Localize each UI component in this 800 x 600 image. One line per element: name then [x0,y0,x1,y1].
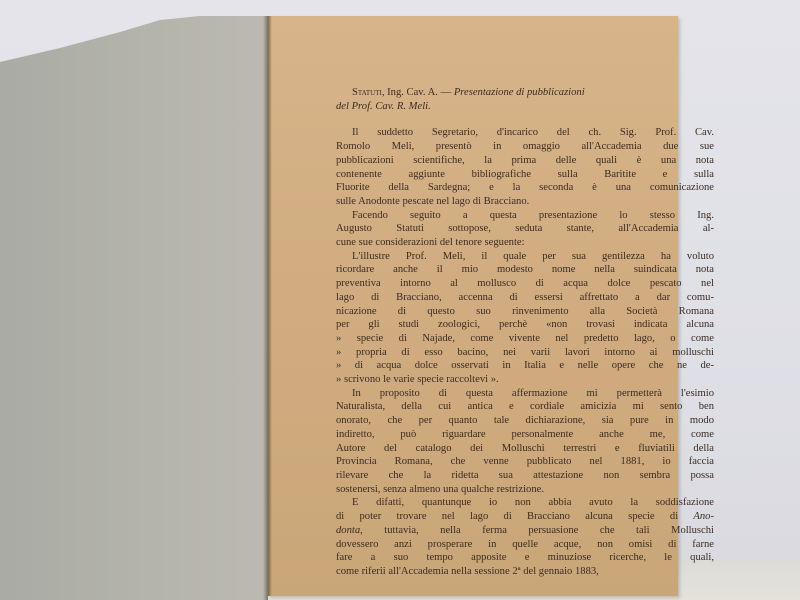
text-segment: di poter trovare nel lago di Bracciano a… [336,511,693,522]
text-line: L'illustre Prof. Meli, il quale per sua … [336,250,714,264]
text-line: Romolo Meli, presentò in omaggio all'Acc… [336,140,714,154]
text-line: In proposito di questa affermazione mi p… [336,387,714,401]
text-line: ricordare anche il mio modesto nome nell… [336,263,714,277]
italic-genus-name: Ano- [693,511,714,522]
text-line: cune sue considerazioni del tenore segue… [336,236,714,250]
right-printed-page: Statuti, Ing. Cav. A. — Presentazione di… [268,16,678,596]
text-line: Fluorite della Sardegna; e la seconda è … [336,181,714,195]
paragraph-1: Il suddetto Segretario, d'incarico del c… [336,126,714,208]
page-text: Statuti, Ing. Cav. A. — Presentazione di… [336,86,714,579]
text-line: Il suddetto Segretario, d'incarico del c… [336,126,714,140]
heading-author: Statuti [352,87,382,98]
paragraph-3: L'illustre Prof. Meli, il quale per sua … [336,250,714,387]
text-line: onorato, che per quanto tale dichiarazio… [336,414,714,428]
text-line: fare a suo tempo apposite e minuziose ri… [336,551,714,565]
text-line: donta, tuttavia, nella ferma persuasione… [336,524,714,538]
heading-title-line1: Presentazione di pubblicazioni [454,87,585,98]
text-line: Facendo seguito a questa presentazione l… [336,209,714,223]
text-line: Provincia Romana, che venne pubblicato n… [336,455,714,469]
text-line: preventiva intorno al mollusco di acqua … [336,277,714,291]
text-line: pubblicazioni scientifiche, la prima del… [336,154,714,168]
text-line: come riferii all'Accademia nella session… [336,565,714,579]
text-line: » di acqua dolce osservati in Italia e n… [336,359,714,373]
italic-genus-name: donta [336,525,360,536]
text-segment: , tuttavia, nella ferma persuasione che … [360,525,714,536]
text-line: di poter trovare nel lago di Bracciano a… [336,510,714,524]
paragraph-4: In proposito di questa affermazione mi p… [336,387,714,497]
text-line: indiretto, può riguardare personalmente … [336,428,714,442]
paragraph-2: Facendo seguito a questa presentazione l… [336,209,714,250]
text-line: » scrivono le varie specie raccoltevi ». [336,373,714,387]
text-line: » specie di Najade, come vivente nel pre… [336,332,714,346]
heading-title-line2: del Prof. Cav. R. Meli. [336,101,431,112]
text-line: Naturalista, della cui antica e cordiale… [336,400,714,414]
section-heading: Statuti, Ing. Cav. A. — Presentazione di… [336,86,714,113]
text-line: Autore del catalogo dei Molluschi terres… [336,442,714,456]
text-line: rilevare che la ridetta sua attestazione… [336,469,714,483]
text-line: nicazione di questo suo rinvenimento all… [336,305,714,319]
text-line: E difatti, quantunque io non abbia avuto… [336,496,714,510]
text-line: » propria di esso bacino, nei varii lavo… [336,346,714,360]
text-line: sostenersi, senza almeno una qualche res… [336,483,714,497]
text-line: sulle Anodonte pescate nel lago di Bracc… [336,195,714,209]
text-line: lago di Bracciano, accenna di essersi af… [336,291,714,305]
paragraph-5: E difatti, quantunque io non abbia avuto… [336,496,714,578]
left-blank-page [0,0,268,600]
text-line: per gli studi zoologici, perchè «non tro… [336,318,714,332]
text-line: contenente aggiunte bibliografiche sulla… [336,168,714,182]
heading-author-rest: , Ing. Cav. A. — [382,87,454,98]
text-line: Augusto Statuti sottopose, seduta stante… [336,222,714,236]
text-line: dovessero anzi prosperare in quelle acqu… [336,538,714,552]
